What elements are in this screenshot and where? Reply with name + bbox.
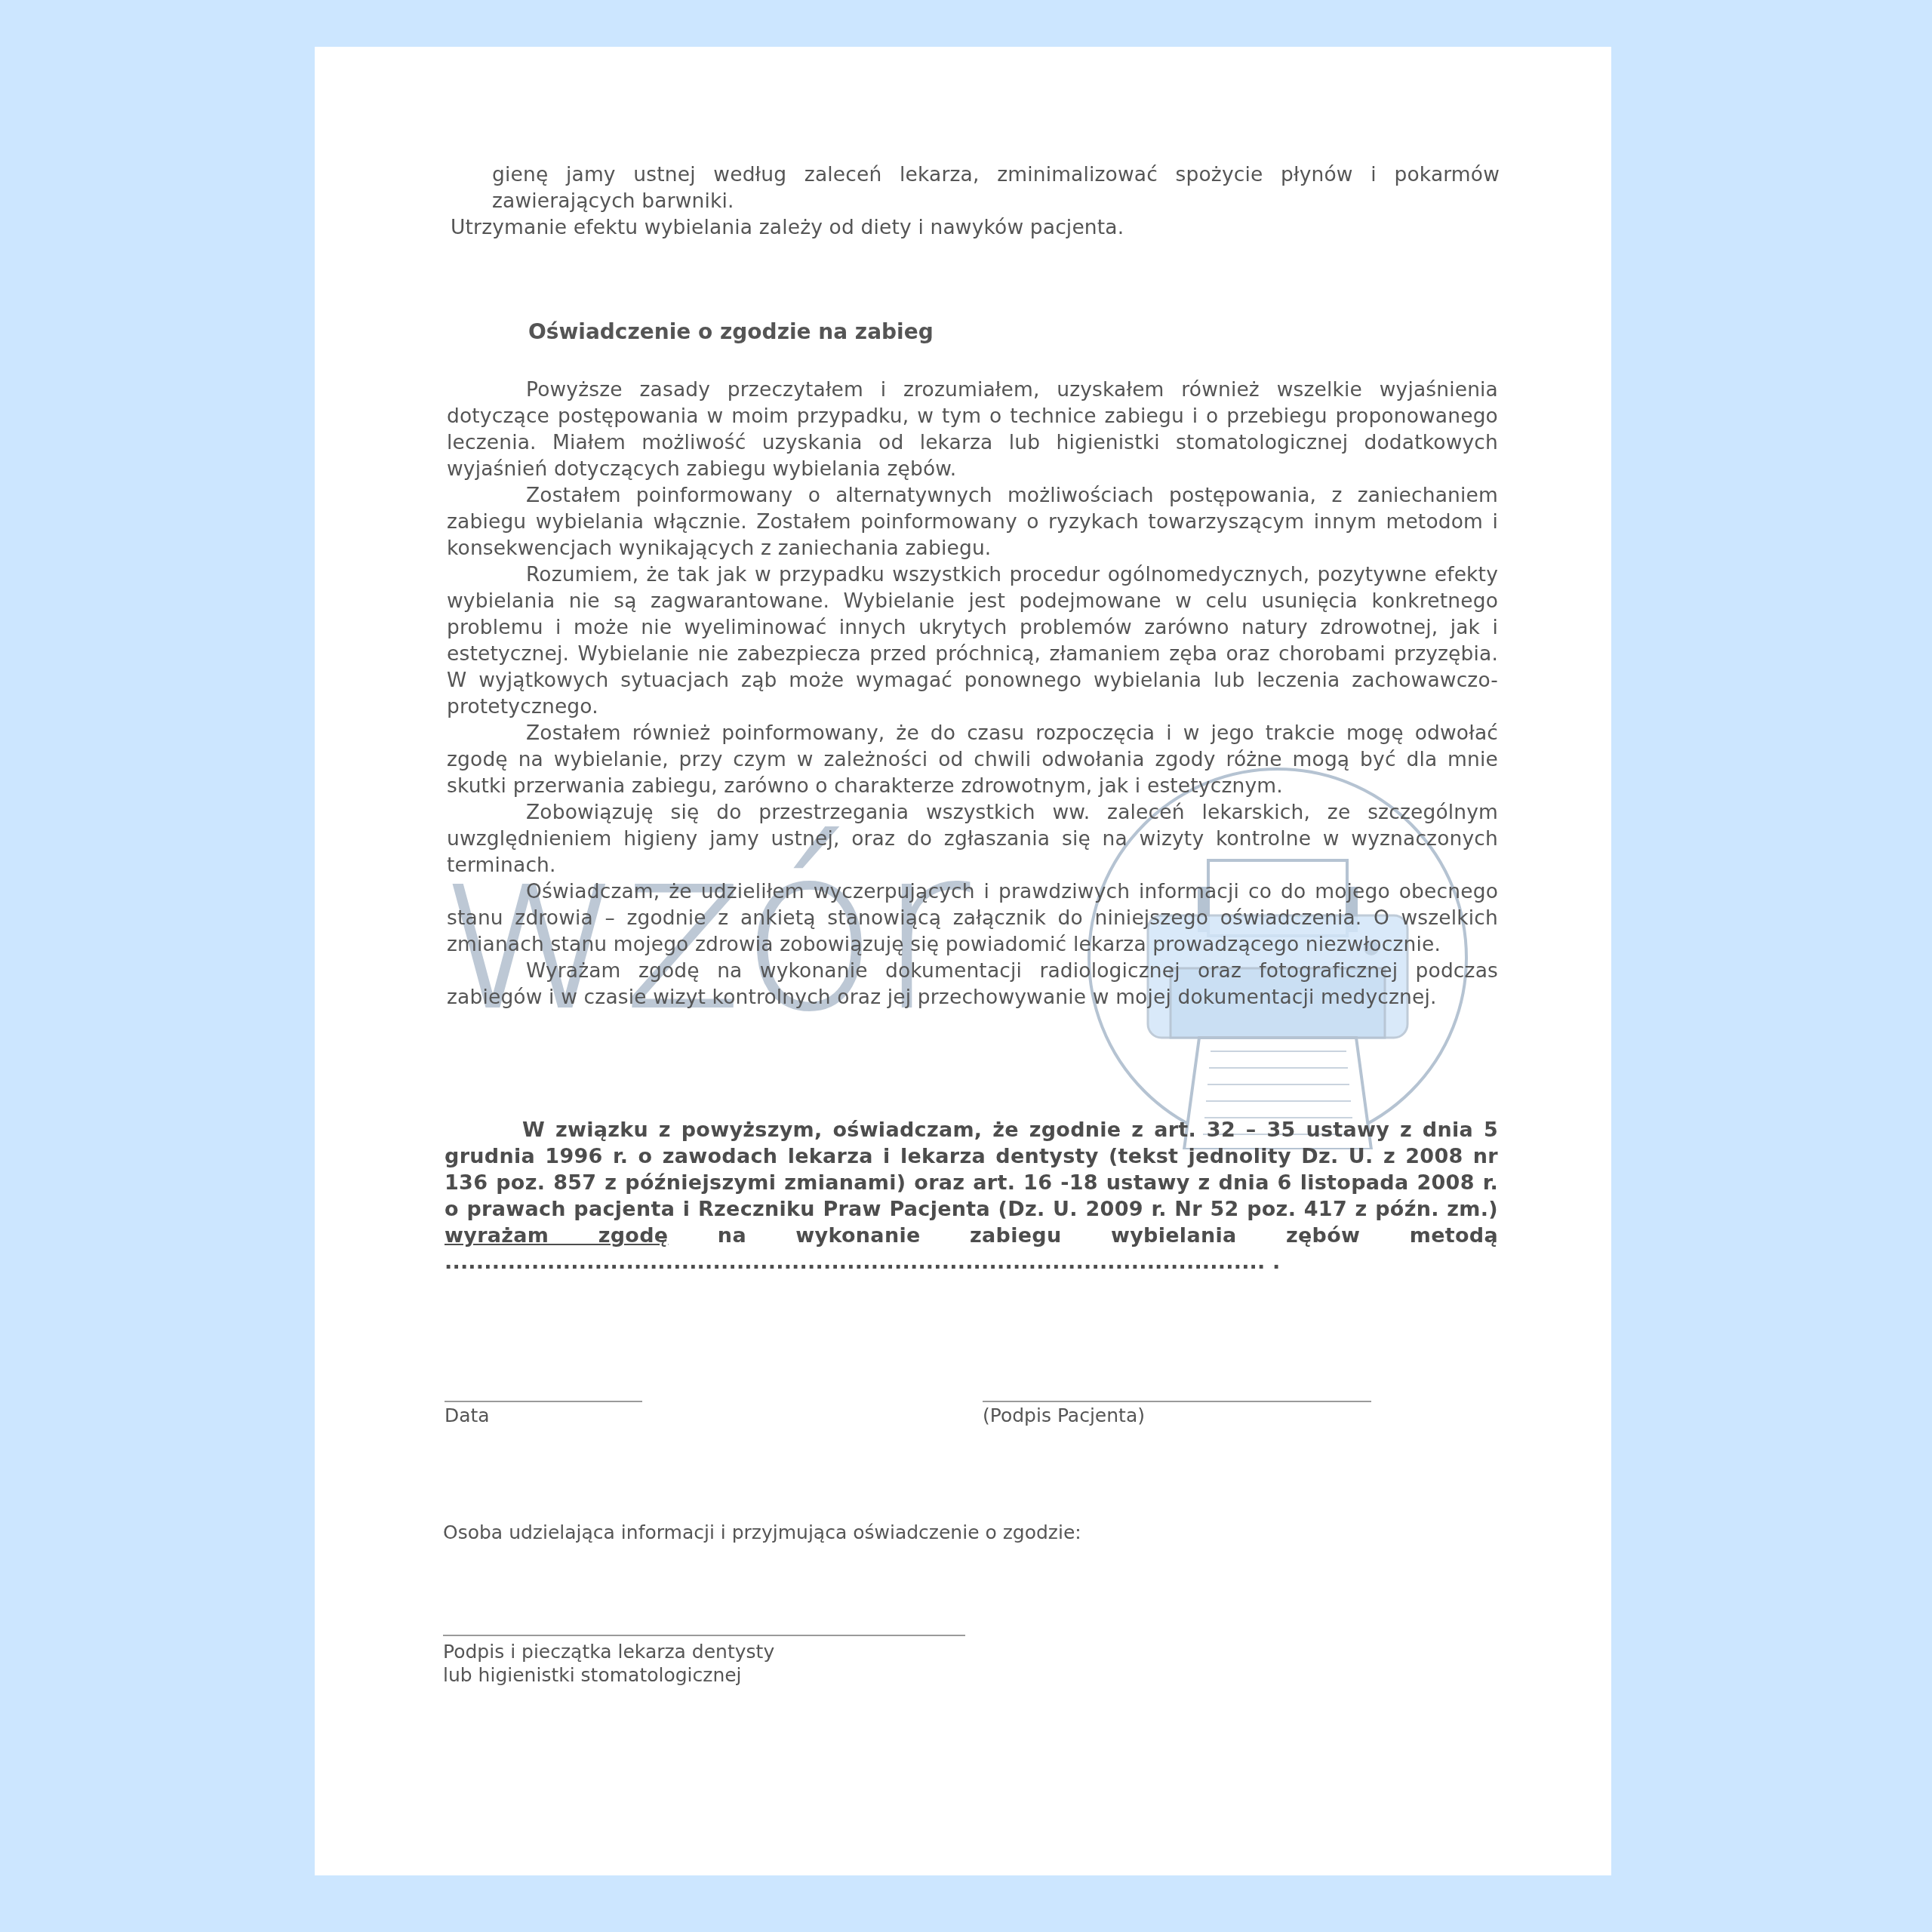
informer-caption: Osoba udzielająca informacji i przyjmują… [443, 1521, 1081, 1545]
paragraph-obligations: Zobowiązuję się do przestrzegania wszyst… [447, 799, 1498, 878]
dentist-signature-label-2: lub higienistki stomatologicznej [443, 1663, 742, 1687]
intro-line-3: Utrzymanie efektu wybielania zależy od d… [447, 214, 1500, 241]
intro-continuation: gienę jamy ustnej według zaleceń lekarza… [447, 162, 1500, 241]
intro-line-1: gienę jamy ustnej według zaleceń lekarza… [492, 162, 1500, 188]
section-heading: Oświadczenie o zgodzie na zabieg [528, 318, 934, 345]
consent-emphasis: wyrażam zgodę [445, 1224, 668, 1247]
dentist-signature-label-1: Podpis i pieczątka lekarza dentysty [443, 1640, 774, 1664]
paragraph-withdrawal: Zostałem również poinformowany, że do cz… [447, 720, 1498, 799]
statement-body: Powyższe zasady przeczytałem i zrozumiał… [447, 377, 1498, 1011]
date-label: Data [445, 1404, 490, 1428]
consent-text-before: W związku z powyższym, oświadczam, że zg… [445, 1118, 1498, 1221]
consent-text-after: na wykonanie zabiegu wybielania zębów me… [668, 1224, 1498, 1247]
paragraph-documentation: Wyrażam zgodę na wykonanie dokumentacji … [447, 958, 1498, 1011]
intro-line-2: zawierających barwniki. [492, 189, 734, 213]
paragraph-explanations: Powyższe zasady przeczytałem i zrozumiał… [447, 377, 1498, 482]
consent-statement: W związku z powyższym, oświadczam, że zg… [445, 1117, 1498, 1275]
paragraph-risks: Rozumiem, że tak jak w przypadku wszystk… [447, 561, 1498, 720]
document-page: wzór gienę jamy ustnej według zaleceń le… [315, 47, 1611, 1875]
document-content: gienę jamy ustnej według zaleceń lekarza… [315, 47, 1611, 1875]
method-blank-field[interactable]: ........................................… [445, 1251, 1281, 1274]
dentist-signature-line[interactable] [443, 1635, 965, 1636]
paragraph-health-info: Oświadczam, że udzieliłem wyczerpujących… [447, 878, 1498, 958]
patient-signature-label: (Podpis Pacjenta) [983, 1404, 1145, 1428]
intro-list-item: gienę jamy ustnej według zaleceń lekarza… [447, 162, 1500, 214]
date-signature-line[interactable] [445, 1401, 642, 1402]
patient-signature-line[interactable] [983, 1401, 1371, 1402]
paragraph-alternatives: Zostałem poinformowany o alternatywnych … [447, 482, 1498, 561]
